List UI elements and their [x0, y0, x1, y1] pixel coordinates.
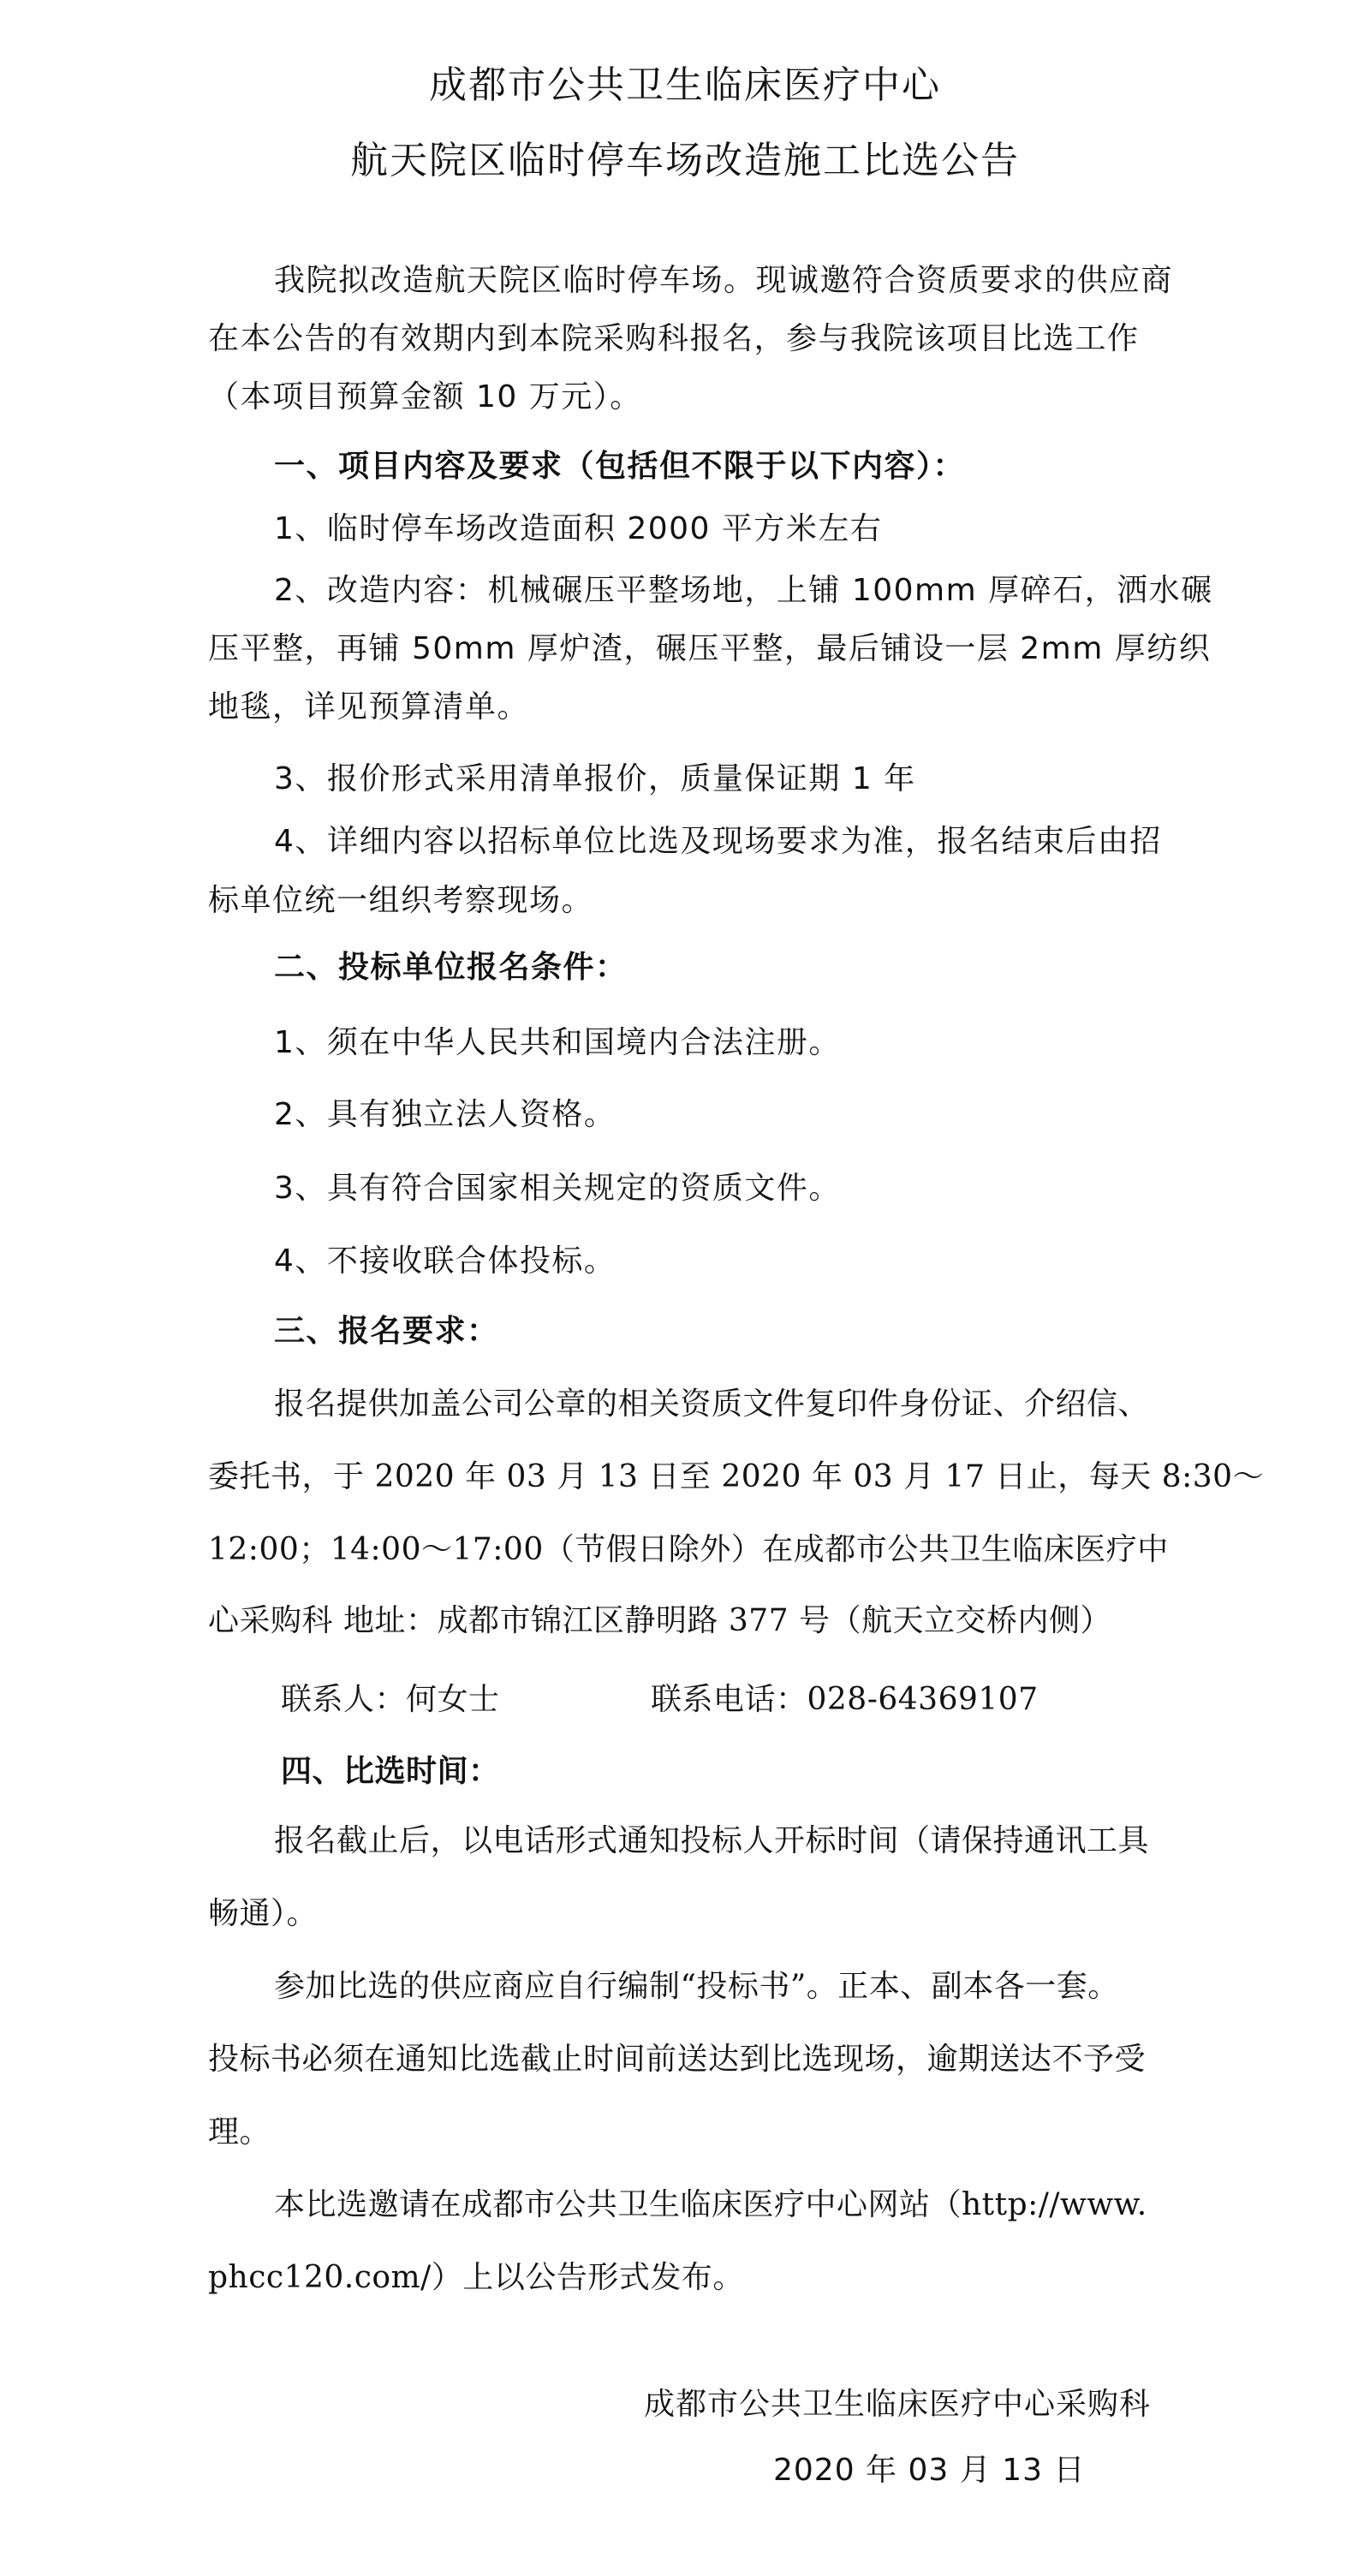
paragraph-line: 心采购科 地址：成都市锦江区静明路 377 号（航天立交桥内侧）	[208, 1602, 1167, 1640]
list-item: 2、具有独立法人资格。	[274, 1096, 1233, 1134]
list-item: 3、报价形式采用清单报价，质量保证期 1 年	[274, 760, 1233, 798]
list-item: 1、须在中华人民共和国境内合法注册。	[274, 1024, 1233, 1062]
intro-line: （本项目预算金额 10 万元）。	[208, 379, 1167, 416]
paragraph-line: 投标书必须在通知比选截止时间前送达到比选现场，逾期送达不予受	[208, 2041, 1167, 2078]
list-item: 1、临时停车场改造面积 2000 平方米左右	[274, 510, 1233, 548]
paragraph-line: phcc120.com/）上以公告形式发布。	[208, 2259, 1167, 2297]
list-item-continuation: 标单位统一组织考察现场。	[208, 882, 1167, 920]
signature-date: 2020 年 03 月 13 日	[773, 2452, 1085, 2490]
list-item-continuation: 地毯，详见预算清单。	[208, 689, 1167, 726]
section-heading: 三、报名要求：	[274, 1313, 1233, 1351]
section-heading: 二、投标单位报名条件：	[274, 949, 1233, 987]
contact-phone: 联系电话：028-64369107	[651, 1681, 1250, 1719]
intro-line: 在本公告的有效期内到本院采购科报名，参与我院该项目比选工作	[208, 320, 1167, 358]
paragraph-line: 理。	[208, 2114, 1167, 2151]
list-item: 3、具有符合国家相关规定的资质文件。	[274, 1170, 1233, 1207]
section-heading: 一、项目内容及要求（包括但不限于以下内容）：	[274, 448, 1233, 486]
paragraph-line: 畅通）。	[208, 1895, 1167, 1933]
paragraph-line: 委托书，于 2020 年 03 月 13 日至 2020 年 03 月 17 日…	[208, 1458, 1167, 1496]
intro-line: 我院拟改造航天院区临时停车场。现诚邀符合资质要求的供应商	[274, 262, 1233, 300]
paragraph-line: 12:00；14:00～17:00（节假日除外）在成都市公共卫生临床医疗中	[208, 1531, 1167, 1569]
paragraph-line: 报名提供加盖公司公章的相关资质文件复印件身份证、介绍信、	[274, 1386, 1233, 1423]
list-item: 4、详细内容以招标单位比选及现场要求为准，报名结束后由招	[274, 823, 1233, 861]
signature-org: 成都市公共卫生临床医疗中心采购科	[644, 2386, 1151, 2424]
document-title-line2: 航天院区临时停车场改造施工比选公告	[0, 137, 1370, 185]
paragraph-line: 报名截止后，以电话形式通知投标人开标时间（请保持通讯工具	[274, 1822, 1233, 1860]
paragraph-line: 本比选邀请在成都市公共卫生临床医疗中心网站（http://www.	[274, 2186, 1233, 2224]
list-item: 4、不接收联合体投标。	[274, 1243, 1233, 1280]
paragraph-line: 参加比选的供应商应自行编制“投标书”。正本、副本各一套。	[274, 1968, 1233, 2006]
list-item-continuation: 压平整，再铺 50mm 厚炉渣，碾压平整，最后铺设一层 2mm 厚纺织	[208, 630, 1167, 668]
section-heading: 四、比选时间：	[281, 1752, 1240, 1790]
list-item: 2、改造内容：机械碾压平整场地，上铺 100mm 厚碎石，洒水碾	[274, 572, 1233, 610]
document-title-line1: 成都市公共卫生临床医疗中心	[0, 62, 1370, 110]
